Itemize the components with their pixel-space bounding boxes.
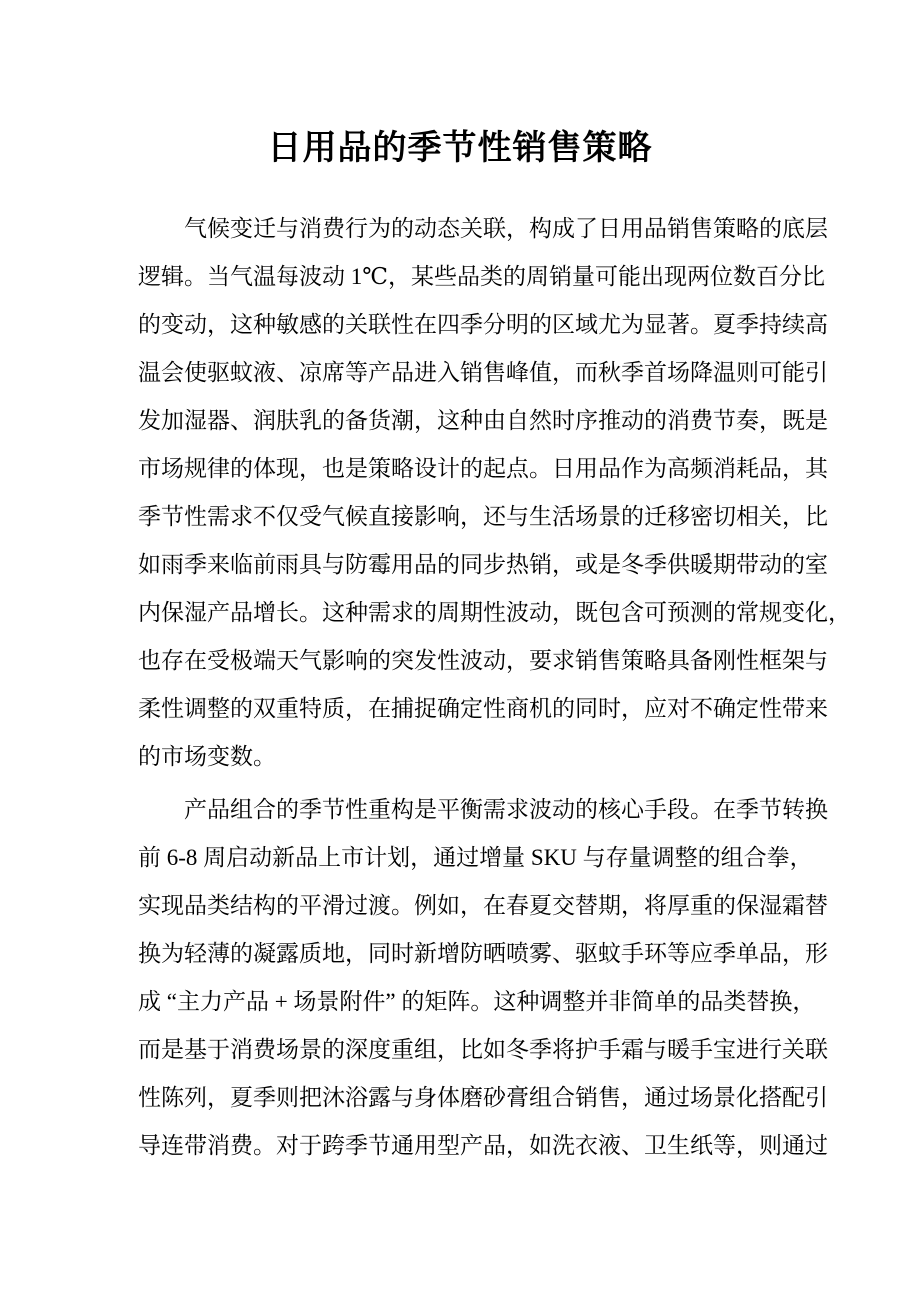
text-line: 成 “主力产品 + 场景附件” 的矩阵。这种调整并非简单的品类替换，	[138, 978, 784, 1026]
text-line: 也存在受极端天气影响的突发性波动，要求销售策略具备刚性框架与	[138, 637, 784, 685]
text-line: 换为轻薄的凝露质地，同时新增防晒喷雾、驱蚊手环等应季单品，形	[138, 930, 784, 978]
document-page: 日用品的季节性销售策略 气候变迁与消费行为的动态关联，构成了日用品销售策略的底层…	[0, 0, 920, 1302]
text-line: 的市场变数。	[138, 733, 784, 781]
text-line: 内保湿产品增长。这种需求的周期性波动，既包含可预测的常规变化，	[138, 589, 784, 637]
text-line: 季节性需求不仅受气候直接影响，还与生活场景的迁移密切相关，比	[138, 493, 784, 541]
text-line: 实现品类结构的平滑过渡。例如，在春夏交替期，将厚重的保湿霜替	[138, 882, 784, 930]
text-line: 产品组合的季节性重构是平衡需求波动的核心手段。在季节转换	[138, 786, 784, 834]
text-line: 气候变迁与消费行为的动态关联，构成了日用品销售策略的底层	[138, 205, 784, 253]
text-line: 如雨季来临前雨具与防霉用品的同步热销，或是冬季供暖期带动的室	[138, 541, 784, 589]
text-line: 而是基于消费场景的深度重组，比如冬季将护手霜与暖手宝进行关联	[138, 1026, 784, 1074]
text-line: 前 6-8 周启动新品上市计划，通过增量 SKU 与存量调整的组合拳，	[138, 834, 784, 882]
text-line: 性陈列，夏季则把沐浴露与身体磨砂膏组合销售，通过场景化搭配引	[138, 1074, 784, 1122]
paragraph: 产品组合的季节性重构是平衡需求波动的核心手段。在季节转换前 6-8 周启动新品上…	[138, 786, 784, 1170]
text-line: 的变动，这种敏感的关联性在四季分明的区域尤为显著。夏季持续高	[138, 301, 784, 349]
document-body: 气候变迁与消费行为的动态关联，构成了日用品销售策略的底层逻辑。当气温每波动 1℃…	[138, 205, 784, 1170]
text-line: 逻辑。当气温每波动 1℃，某些品类的周销量可能出现两位数百分比	[138, 253, 784, 301]
text-line: 温会使驱蚊液、凉席等产品进入销售峰值，而秋季首场降温则可能引	[138, 349, 784, 397]
document-title: 日用品的季节性销售策略	[0, 122, 920, 174]
text-line: 导连带消费。对于跨季节通用型产品，如洗衣液、卫生纸等，则通过	[138, 1122, 784, 1170]
text-line: 市场规律的体现，也是策略设计的起点。日用品作为高频消耗品，其	[138, 445, 784, 493]
text-line: 柔性调整的双重特质，在捕捉确定性商机的同时，应对不确定性带来	[138, 685, 784, 733]
paragraph: 气候变迁与消费行为的动态关联，构成了日用品销售策略的底层逻辑。当气温每波动 1℃…	[138, 205, 784, 781]
text-line: 发加湿器、润肤乳的备货潮，这种由自然时序推动的消费节奏，既是	[138, 397, 784, 445]
